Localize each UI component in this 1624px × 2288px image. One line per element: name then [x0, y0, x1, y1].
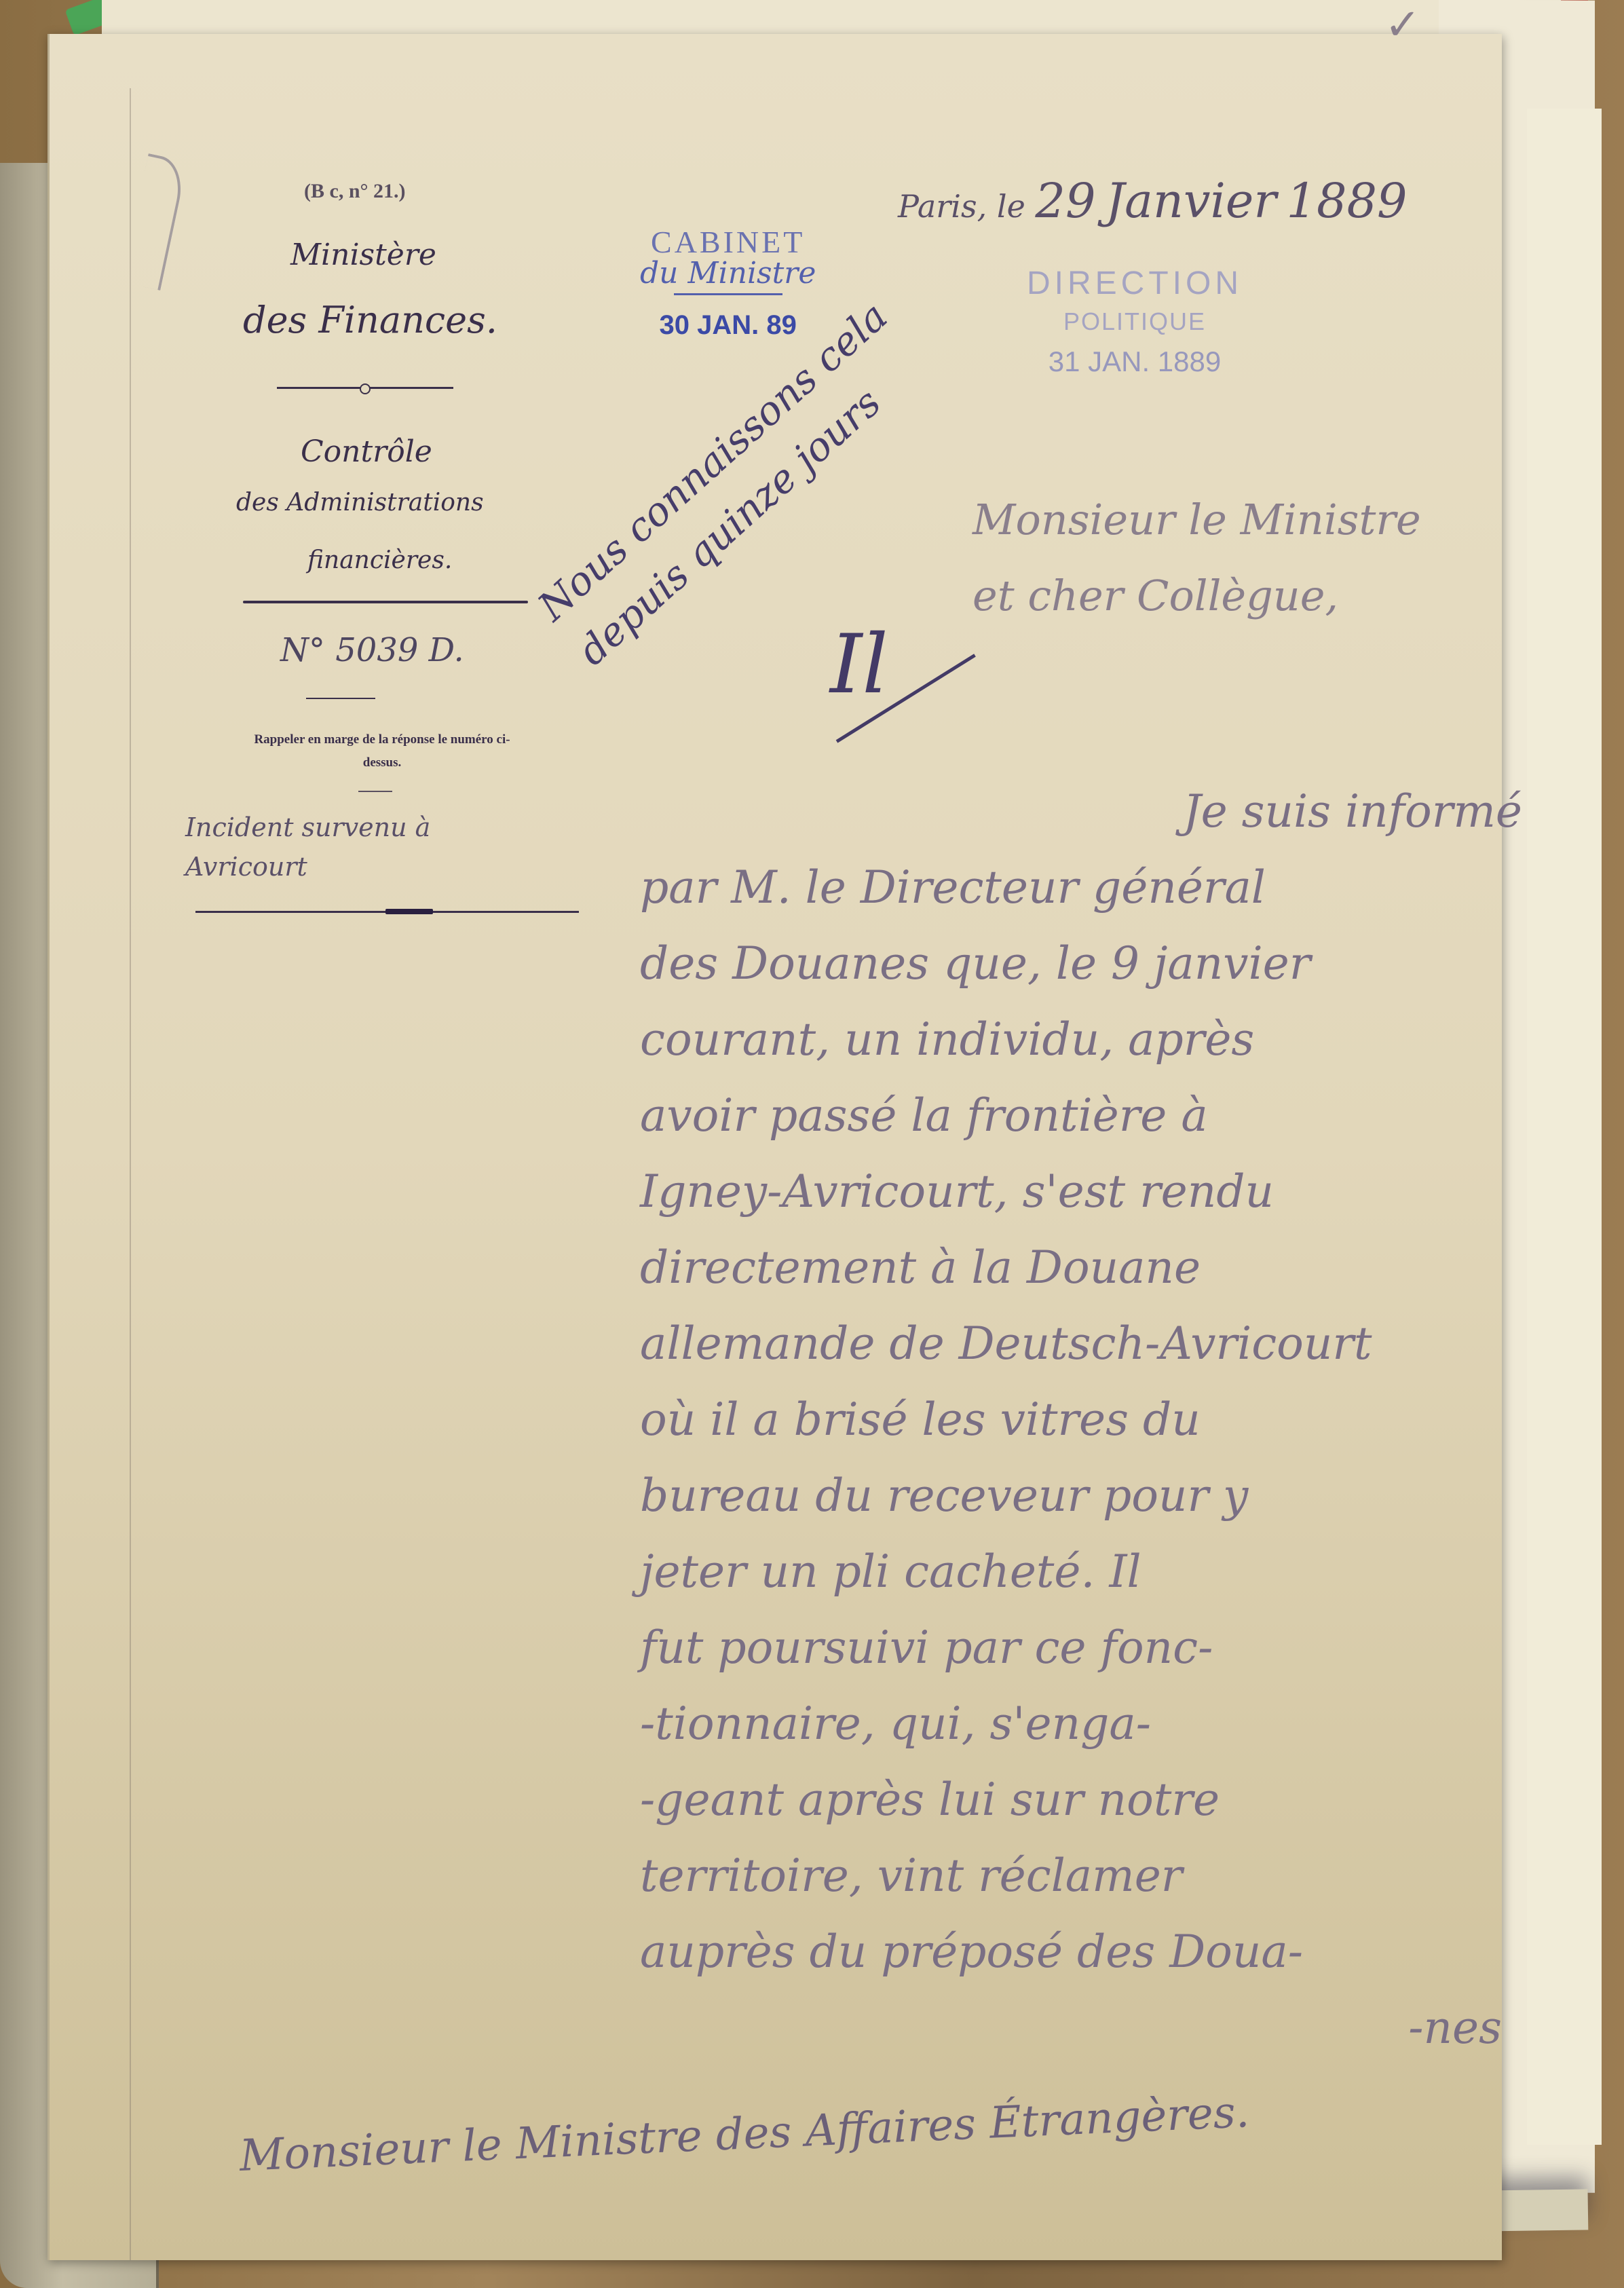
- body-line: des Douanes que, le 9 janvier: [640, 926, 1576, 1002]
- rule-accent: [385, 909, 433, 914]
- direction-politique-stamp: DIRECTION POLITIQUE 31 JAN. 1889: [1027, 265, 1243, 378]
- ministry-line1: Ministère: [290, 238, 436, 272]
- letterhead-bottom-rule: [195, 911, 579, 913]
- short-divider: [358, 791, 392, 792]
- department-line1: Contrôle: [301, 434, 432, 469]
- body-line: par M. le Directeur général: [640, 850, 1576, 926]
- stamp-date: 31 JAN. 1889: [1027, 345, 1243, 378]
- body-line: Igney-Avricourt, s'est rendu: [640, 1154, 1576, 1230]
- body-line: directement à la Douane: [640, 1230, 1576, 1306]
- salutation: Monsieur le Ministre et cher Collègue,: [972, 482, 1421, 634]
- date-year: 1889: [1286, 173, 1407, 229]
- stamp-subtitle: POLITIQUE: [1027, 307, 1243, 336]
- subject-line: Incident survenu à Avricourt: [185, 808, 504, 886]
- form-code: (B c, n° 21.): [304, 180, 406, 203]
- letterhead-divider: [243, 601, 528, 603]
- body-line: avoir passé la frontière à: [640, 1078, 1576, 1154]
- reply-instruction: Rappeler en marge de la réponse le numér…: [253, 728, 511, 774]
- body-first-line: Je suis informé: [640, 774, 1576, 850]
- addressee-line: Monsieur le Ministre des Affaires Étrang…: [238, 2087, 1250, 2181]
- divider-ornament-icon: [360, 383, 371, 394]
- annotation-initials: Il: [830, 618, 888, 712]
- body-line: jeter un pli cacheté. Il: [640, 1534, 1576, 1610]
- letter-body: Je suis informé par M. le Directeur géné…: [640, 774, 1576, 2066]
- body-line: allemande de Deutsch-Avricourt: [640, 1306, 1576, 1382]
- cabinet-stamp: CABINET du Ministre 30 JAN. 89: [640, 224, 816, 341]
- department-line3: financières.: [307, 546, 452, 574]
- body-line: -geant après lui sur notre: [640, 1762, 1576, 1838]
- salutation-line2: et cher Collègue,: [972, 558, 1421, 634]
- date-day: 29: [1035, 173, 1095, 229]
- date-line: Paris, le 29 Janvier 1889: [898, 173, 1408, 229]
- date-month: Janvier: [1106, 173, 1277, 229]
- body-line: bureau du receveur pour y: [640, 1458, 1576, 1534]
- body-line: -tionnaire, qui, s'enga-: [640, 1686, 1576, 1762]
- ornamental-divider: [277, 387, 453, 389]
- department-line2: des Administrations: [236, 489, 484, 517]
- reference-number: N° 5039 D.: [280, 631, 464, 669]
- body-line: fut poursuivi par ce fonc-: [640, 1610, 1576, 1686]
- checkmark-icon: ✓: [1384, 0, 1421, 50]
- stamp-rule: [674, 293, 782, 295]
- body-line: courant, un individu, après: [640, 1002, 1576, 1078]
- stamp-subtitle: du Ministre: [640, 256, 816, 290]
- reference-underline: [306, 698, 375, 699]
- letter-page: (B c, n° 21.) Ministère des Finances. Co…: [48, 34, 1502, 2260]
- body-line: auprès du préposé des Doua-: [640, 1914, 1576, 1990]
- body-line: territoire, vint réclamer: [640, 1838, 1576, 1914]
- pencil-mark-icon: [121, 153, 187, 290]
- ministry-line2: des Finances.: [243, 299, 497, 341]
- date-prefix: Paris, le: [898, 188, 1025, 225]
- body-continuation: -nes: [640, 1990, 1576, 2066]
- stamp-title: DIRECTION: [1027, 265, 1243, 302]
- body-line: où il a brisé les vitres du: [640, 1382, 1576, 1458]
- margin-fold-line: [130, 88, 131, 2260]
- stamp-date: 30 JAN. 89: [640, 310, 816, 341]
- salutation-line1: Monsieur le Ministre: [972, 482, 1421, 558]
- stamp-title: CABINET: [640, 224, 816, 260]
